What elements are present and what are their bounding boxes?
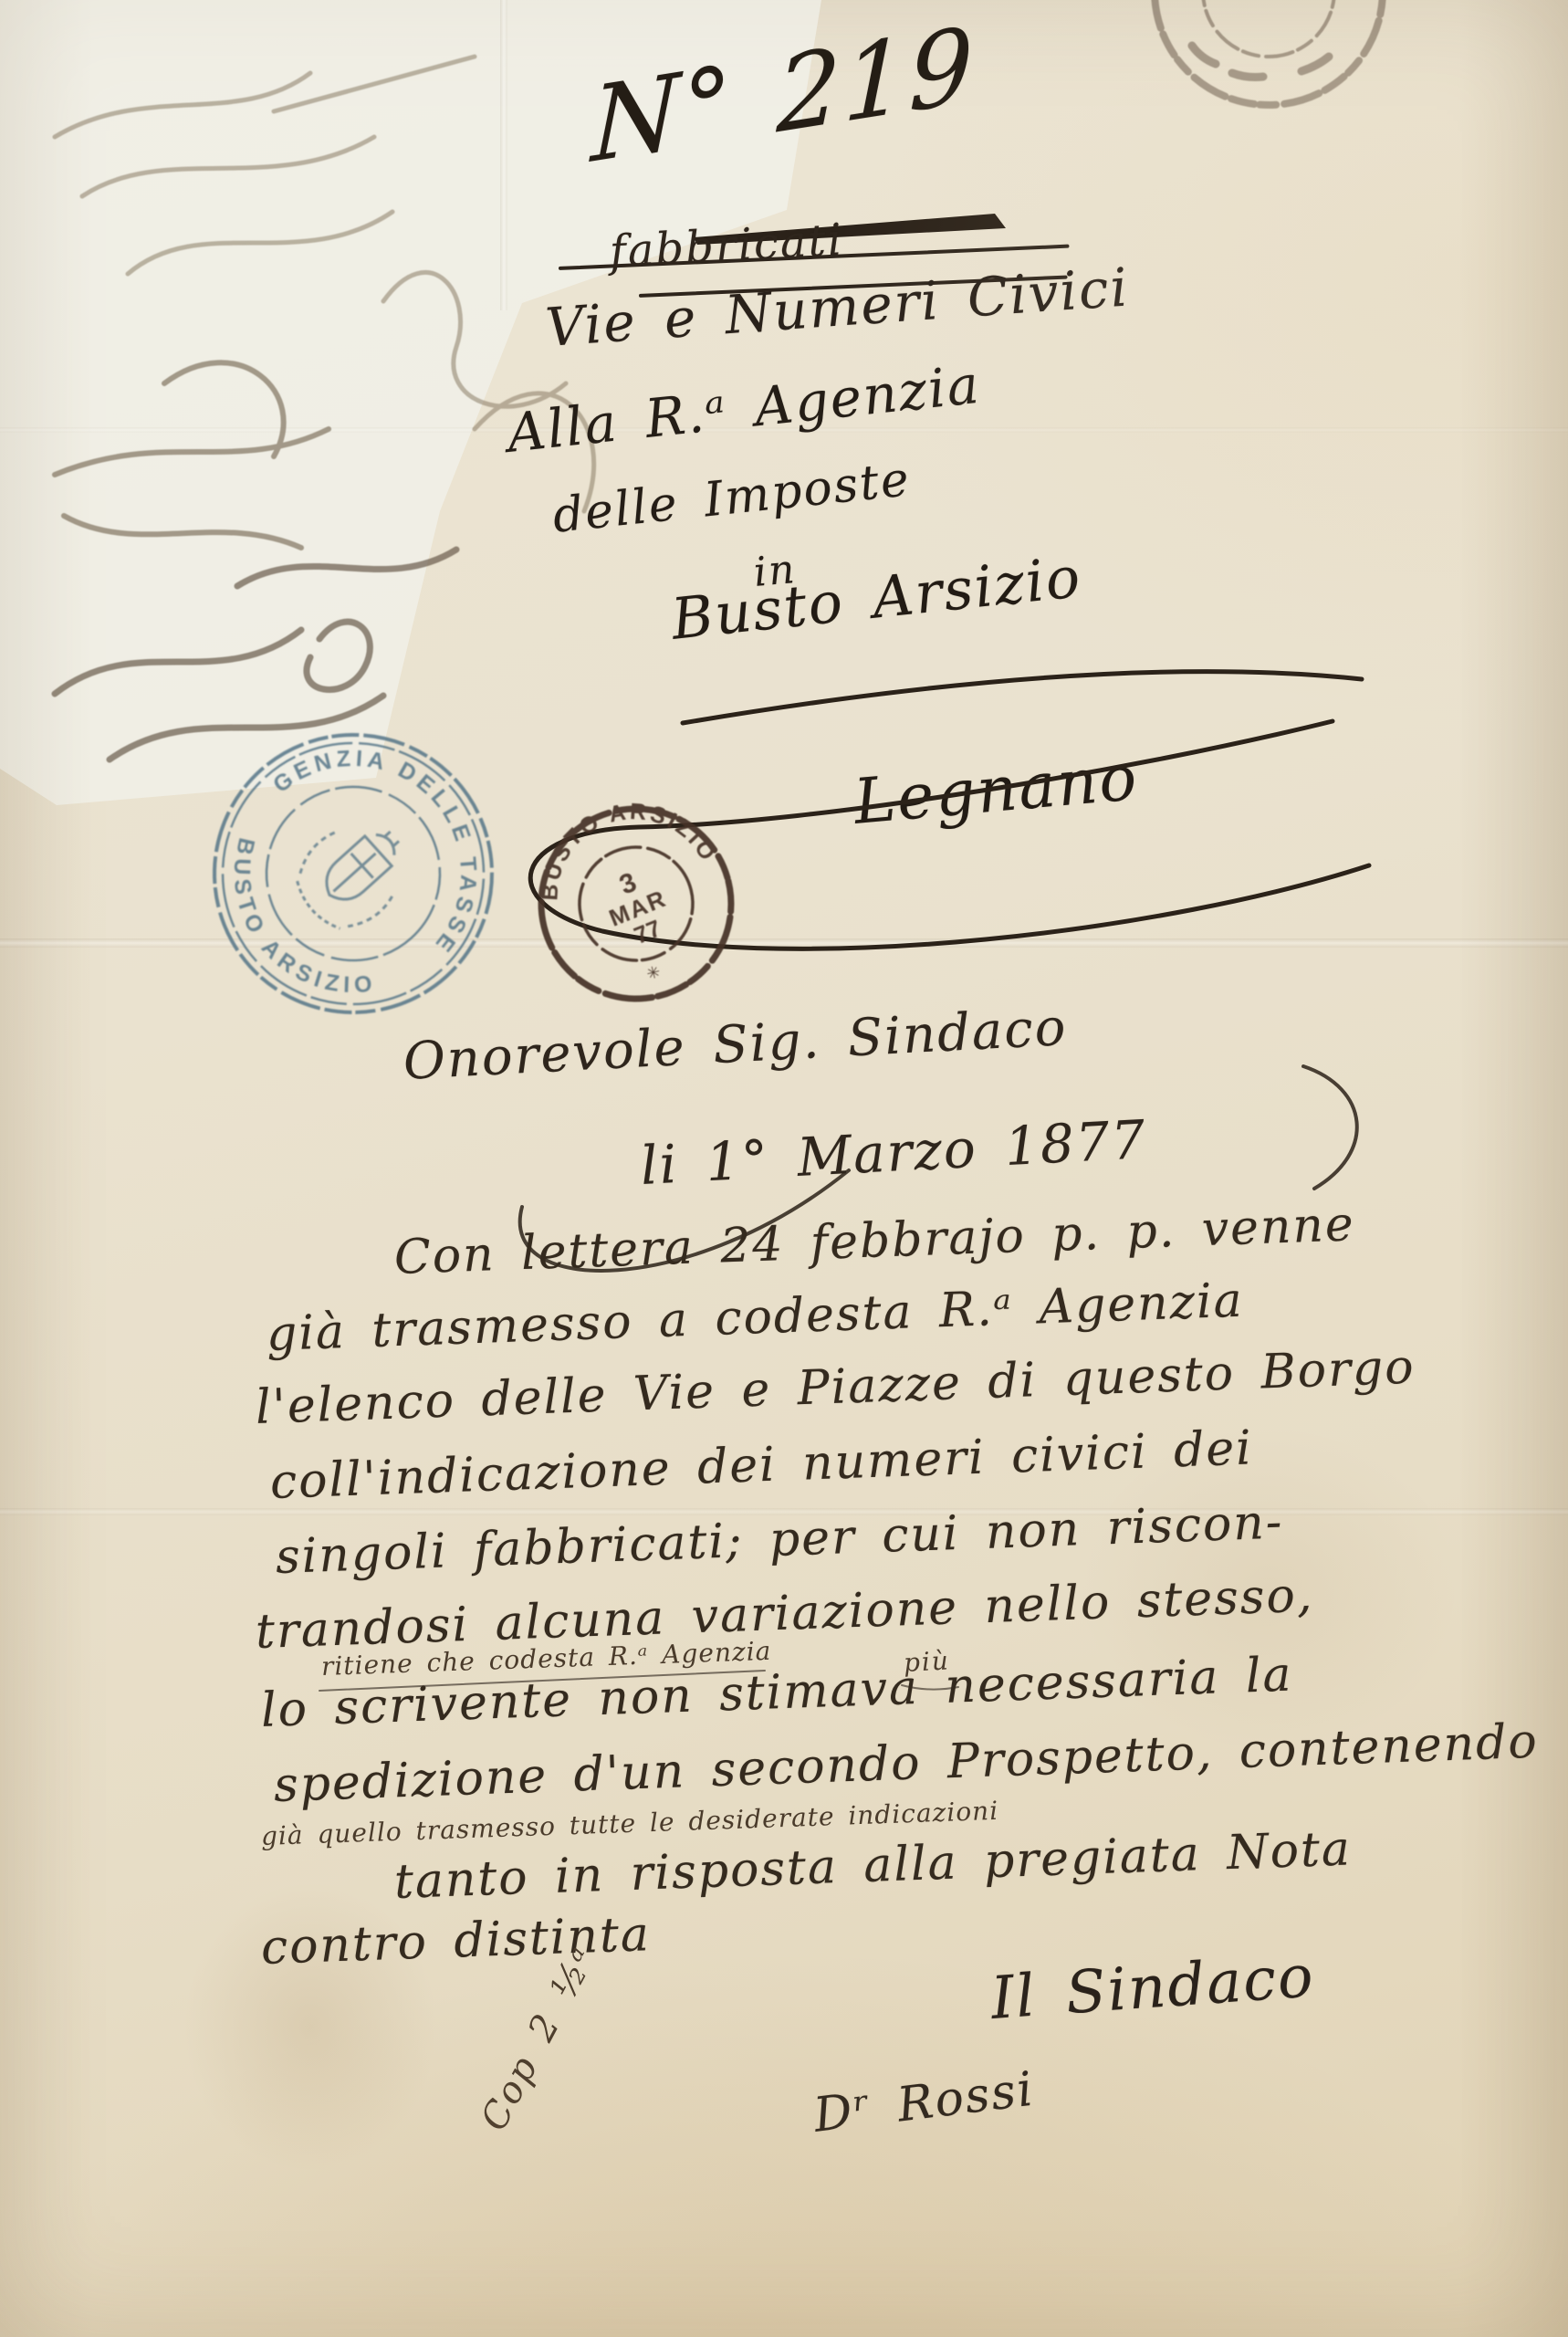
postmark-ornament: ✳ bbox=[644, 962, 662, 983]
dateline: li 1° Marzo 1877 bbox=[639, 1113, 1147, 1192]
signature-name: Dʳ Rossi bbox=[811, 2066, 1037, 2140]
letter-page: N° 219 fabbricati Vie e Numeri Civici Al… bbox=[0, 0, 1568, 2337]
address-place-2: Legnano bbox=[852, 748, 1141, 834]
salutation: Onorevole Sig. Sindaco bbox=[402, 1002, 1069, 1088]
seal-crest bbox=[282, 802, 426, 945]
partial-postmark-stamp bbox=[1104, 0, 1433, 128]
body-line: singoli fabbricati; per cui non riscon- bbox=[275, 1498, 1284, 1581]
diagonal-annotation: Cop 2 ½ᵃ bbox=[476, 1941, 602, 2136]
address-place-1: Busto Arsizio bbox=[669, 549, 1084, 648]
body-line: spedizione d'un secondo Prospetto, conte… bbox=[273, 1718, 1539, 1809]
body-line: Con lettera 24 febbrajo p. p. venne bbox=[393, 1200, 1355, 1282]
signature-role: Il Sindaco bbox=[989, 1947, 1317, 2028]
body-line: già trasmesso a codesta R.ᵃ Agenzia bbox=[266, 1277, 1244, 1358]
body-line: l'elenco delle Vie e Piazze di questo Bo… bbox=[255, 1344, 1416, 1431]
body-line: trandosi alcuna variazione nello stesso, bbox=[255, 1572, 1314, 1656]
body-line: coll'indicazione dei numeri civici dei bbox=[269, 1424, 1253, 1506]
